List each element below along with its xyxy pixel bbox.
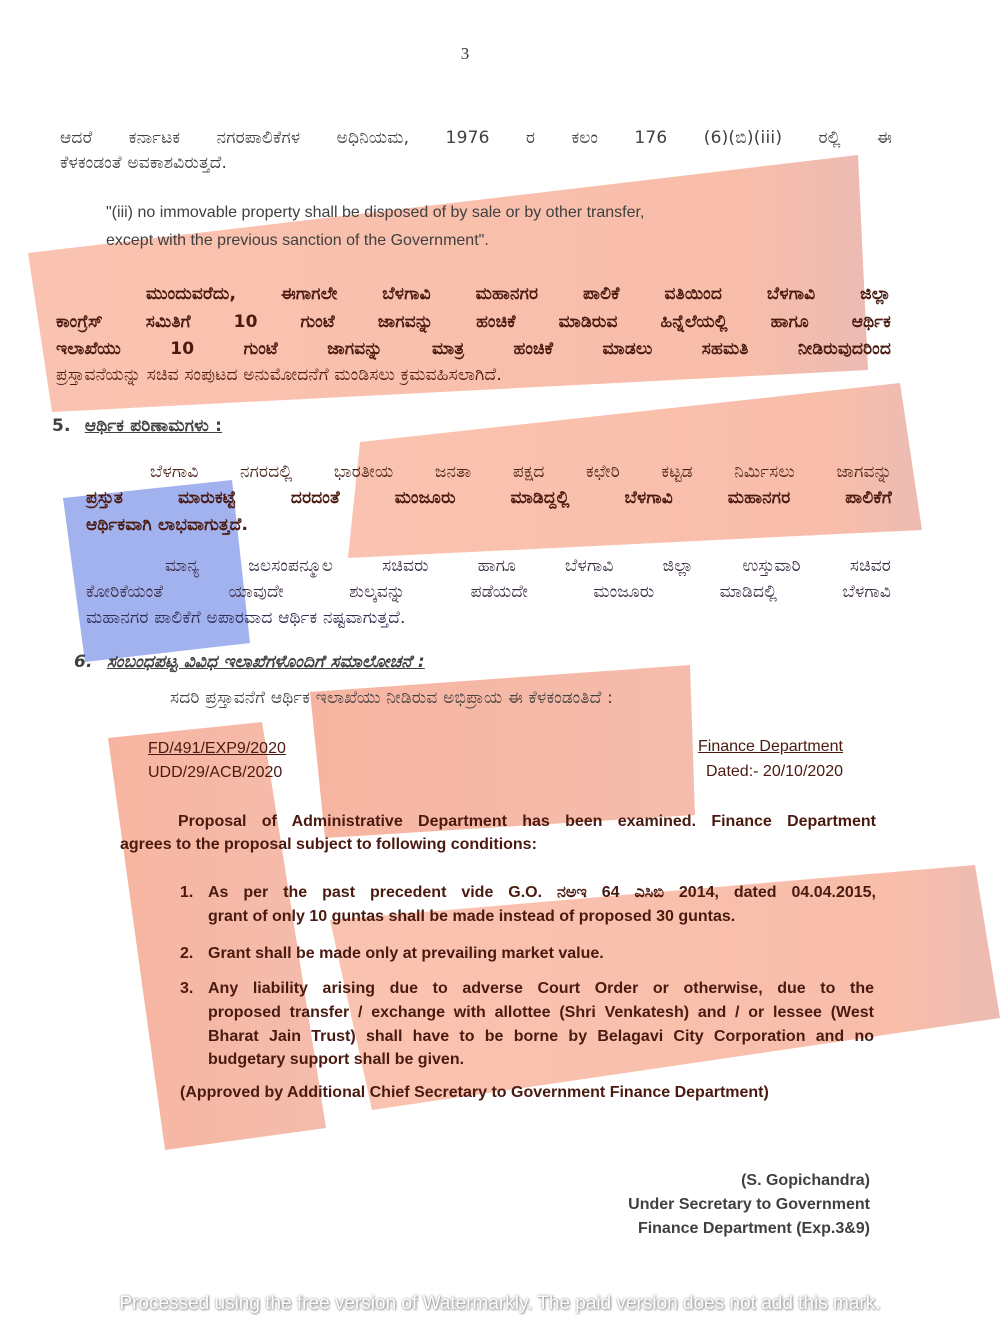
quote-line-1: "(iii) no immovable property shall be di… [106, 204, 644, 222]
section-5-para2-line3: ಮಹಾನಗರ ಪಾಲಿಕೆಗೆ ಅಪಾರವಾದ ಆರ್ಥಿಕ ನಷ್ಟವಾಗುತ… [86, 608, 406, 628]
para-line-4: ಪ್ರಸ್ತಾವನೆಯನ್ನು ಸಚಿವ ಸಂಪುಟದ ಅನುಮೋದನೆಗೆ ಮ… [56, 365, 502, 385]
section-6-intro: ಸದರಿ ಪ್ರಸ್ತಾವನೆಗೆ ಆರ್ಥಿಕ ಇಲಾಖೆಯು ನೀಡಿರುವ… [170, 688, 613, 708]
approval-note: (Approved by Additional Chief Secretary … [180, 1084, 769, 1102]
section-6-title: ಸಂಬಂಧಪಟ್ಟ ವಿವಿಧ ಇಲಾಖೆಗಳೊಂದಿಗೆ ಸಮಾಲೋಚನೆ : [107, 652, 425, 672]
condition-3-line-1: Any liability arising due to adverse Cou… [208, 980, 874, 998]
section-5-heading: 5. ಆರ್ಥಿಕ ಪರಿಣಾಮಗಳು : [52, 416, 222, 436]
department-label: Finance Department [698, 738, 843, 756]
note-body-line-1: Proposal of Administrative Department ha… [178, 813, 876, 831]
intro-line-1: ಆದರೆ ಕರ್ನಾಟಕ ನಗರಪಾಲಿಕೆಗಳ ಅಧಿನಿಯಮ, 1976 ರ… [60, 128, 892, 148]
section-5-para1-line1: ಬೆಳಗಾವಿ ನಗರದಲ್ಲಿ ಭಾರತೀಯ ಜನತಾ ಪಕ್ಷದ ಕಛೇರಿ… [150, 462, 892, 482]
condition-1-number: 1. [180, 884, 193, 902]
signatory-designation: Under Secretary to Government [628, 1196, 870, 1214]
signatory-office: Finance Department (Exp.3&9) [638, 1220, 870, 1238]
signatory-name: (S. Gopichandra) [741, 1172, 870, 1190]
condition-3-line-4: budgetary support shall be given. [208, 1051, 464, 1069]
watermark-text: Processed using the free version of Wate… [0, 1293, 1000, 1315]
para-line-2: ಕಾಂಗ್ರೆಸ್ ಸಮಿತಿಗೆ 10 ಗುಂಟೆ ಜಾಗವನ್ನು ಹಂಚಿ… [56, 312, 891, 332]
condition-3-line-3: Bharat Jain Trust) shall have to be born… [208, 1028, 874, 1046]
section-5-para1-line3: ಆರ್ಥಿಕವಾಗಿ ಲಾಭವಾಗುತ್ತದೆ. [86, 515, 248, 535]
note-body-line-2: agrees to the proposal subject to follow… [120, 836, 537, 854]
condition-1-line-1: As per the past precedent vide G.O. ನಅಇ … [208, 884, 876, 902]
quote-line-2: except with the previous sanction of the… [106, 232, 489, 250]
reference-number-2: UDD/29/ACB/2020 [148, 764, 282, 782]
section-6-heading: 6. ಸಂಬಂಧಪಟ್ಟ ವಿವಿಧ ಇಲಾಖೆಗಳೊಂದಿಗೆ ಸಮಾಲೋಚನ… [74, 652, 425, 672]
dated-label: Dated:- 20/10/2020 [706, 763, 843, 781]
section-5-title: ಆರ್ಥಿಕ ಪರಿಣಾಮಗಳು : [85, 416, 222, 436]
section-6-number: 6. [74, 652, 93, 672]
reference-number-1: FD/491/EXP9/2020 [148, 740, 286, 758]
intro-line-2: ಕೆಳಕಂಡಂತೆ ಅವಕಾಶವಿರುತ್ತದೆ. [60, 153, 227, 173]
para-line-3: ಇಲಾಖೆಯು 10 ಗುಂಟೆ ಜಾಗವನ್ನು ಮಾತ್ರ ಹಂಚಿಕೆ ಮ… [56, 339, 891, 359]
condition-2-number: 2. [180, 945, 193, 963]
department-text: Finance Department [698, 738, 843, 755]
para-line-1: ಮುಂದುವರೆದು, ಈಗಾಗಲೇ ಬೆಳಗಾವಿ ಮಹಾನಗರ ಪಾಲಿಕೆ… [146, 284, 891, 304]
section-5-number: 5. [52, 416, 71, 436]
section-5-para1-line2: ಪ್ರಸ್ತುತ ಮಾರುಕಟ್ಟೆ ದರದಂತೆ ಮಂಜೂರು ಮಾಡಿದ್ದ… [86, 488, 892, 508]
section-5-para2-line1: ಮಾನ್ಯ ಜಲಸಂಪನ್ಮೂಲ ಸಚಿವರು ಹಾಗೂ ಬೆಳಗಾವಿ ಜಿಲ… [165, 556, 891, 576]
section-5-para2-line2: ಕೋರಿಕೆಯಂತೆ ಯಾವುದೇ ಶುಲ್ಕವನ್ನು ಪಡೆಯದೇ ಮಂಜೂ… [86, 582, 891, 602]
condition-3-line-2: proposed transfer / exchange with allott… [208, 1004, 874, 1022]
condition-3-number: 3. [180, 980, 193, 998]
condition-2-line-1: Grant shall be made only at prevailing m… [208, 945, 604, 963]
ref1-text: FD/491/EXP9/2020 [148, 740, 286, 757]
condition-1-line-2: grant of only 10 guntas shall be made in… [208, 908, 735, 926]
page-number: 3 [0, 44, 930, 64]
